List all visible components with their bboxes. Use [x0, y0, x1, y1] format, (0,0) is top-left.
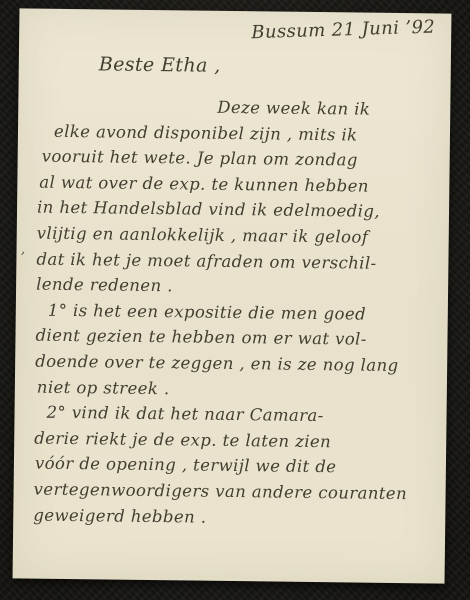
- letter-line: Deze week kan ik: [217, 95, 440, 123]
- salutation: Beste Etha ,: [99, 53, 221, 76]
- letter-body: Deze week kan ik elke avond disponibel z…: [33, 93, 440, 533]
- photo-background: Bussum 21 Juni ’92 Beste Etha , ’ Deze w…: [0, 0, 470, 600]
- dateline: Bussum 21 Juni ’92: [251, 16, 436, 43]
- letter-line: geweigerd hebben .: [33, 502, 435, 533]
- margin-mark: ’: [18, 248, 27, 267]
- letter-paper: Bussum 21 Juni ’92 Beste Etha , ’ Deze w…: [13, 8, 452, 583]
